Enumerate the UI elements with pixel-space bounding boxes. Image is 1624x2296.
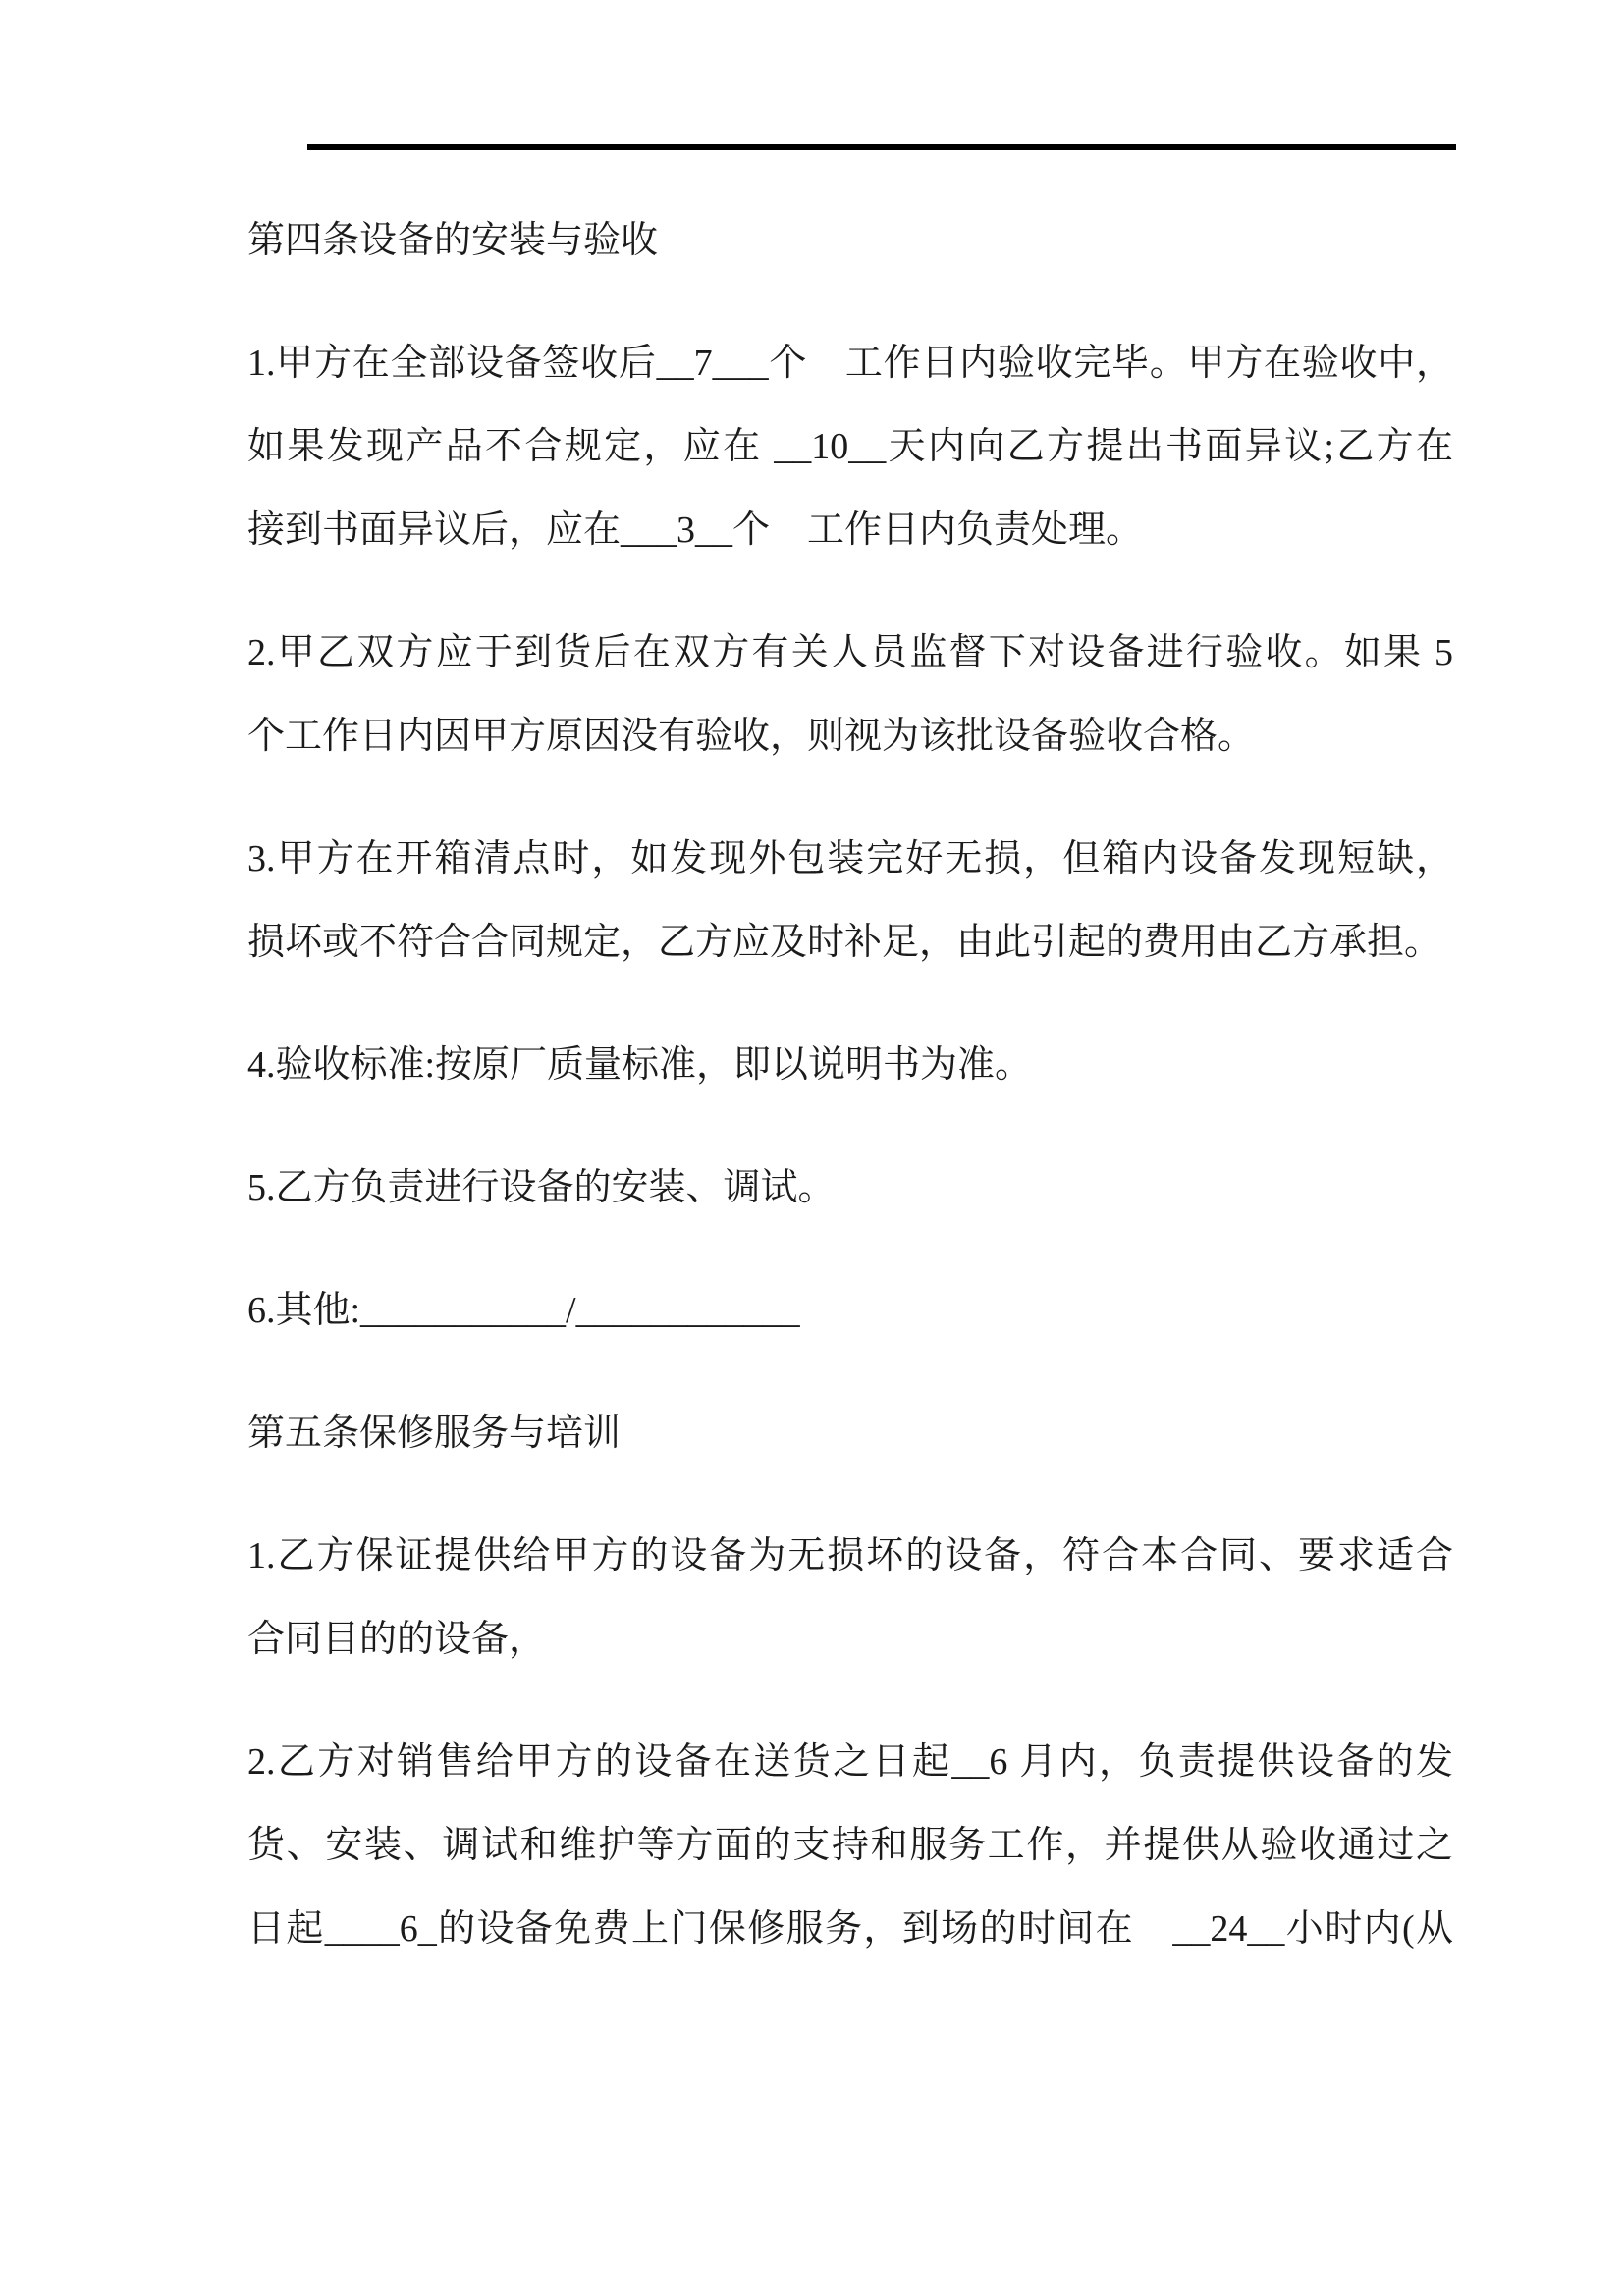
paragraph-line: 个工作日内因甲方原因没有验收，则视为该批设备验收合格。 [247,695,1453,778]
document-content: 第四条设备的安装与验收1.甲方在全部设备签收后__7___个 工作日内验收完毕。… [247,199,1453,2010]
paragraph: 1.乙方保证提供给甲方的设备为无损坏的设备，符合本合同、要求适合合同目的的设备， [247,1515,1453,1682]
paragraph-line: 1.甲方在全部设备签收后__7___个 工作日内验收完毕。甲方在验收中， [247,322,1453,405]
paragraph-line: 1.乙方保证提供给甲方的设备为无损坏的设备，符合本合同、要求适合 [247,1515,1453,1598]
heading-line: 第四条设备的安装与验收 [247,199,1453,283]
paragraph-line: 日起____6_的设备免费上门保修服务，到场的时间在 __24__小时内(从 [247,1888,1453,1971]
paragraph-line: 2.乙方对销售给甲方的设备在送货之日起__6 月内，负责提供设备的发 [247,1721,1453,1804]
paragraph: 2.甲乙双方应于到货后在双方有关人员监督下对设备进行验收。如果 5个工作日内因甲… [247,612,1453,778]
paragraph-line: 接到书面异议后，应在___3__个 工作日内负责处理。 [247,489,1453,572]
paragraph-line: 损坏或不符合合同规定，乙方应及时补足，由此引起的费用由乙方承担。 [247,901,1453,985]
paragraph: 3.甲方在开箱清点时，如发现外包装完好无损，但箱内设备发现短缺，损坏或不符合合同… [247,818,1453,985]
section-heading: 第五条保修服务与培训 [247,1392,1453,1475]
document-page: 第四条设备的安装与验收1.甲方在全部设备签收后__7___个 工作日内验收完毕。… [0,0,1624,2296]
paragraph: 6.其他:___________/____________ [247,1269,1453,1353]
header-rule [307,144,1456,150]
paragraph: 1.甲方在全部设备签收后__7___个 工作日内验收完毕。甲方在验收中，如果发现… [247,322,1453,572]
paragraph-line: 货、安装、调试和维护等方面的支持和服务工作，并提供从验收通过之 [247,1804,1453,1888]
paragraph: 5.乙方负责进行设备的安装、调试。 [247,1147,1453,1230]
paragraph-line: 6.其他:___________/____________ [247,1269,1453,1353]
heading-line: 第五条保修服务与培训 [247,1392,1453,1475]
paragraph-line: 3.甲方在开箱清点时，如发现外包装完好无损，但箱内设备发现短缺， [247,818,1453,901]
section-heading: 第四条设备的安装与验收 [247,199,1453,283]
paragraph-line: 合同目的的设备， [247,1598,1453,1682]
paragraph-line: 如果发现产品不合规定，应在 __10__天内向乙方提出书面异议;乙方在 [247,405,1453,489]
paragraph: 4.验收标准:按原厂质量标准，即以说明书为准。 [247,1024,1453,1107]
paragraph: 2.乙方对销售给甲方的设备在送货之日起__6 月内，负责提供设备的发货、安装、调… [247,1721,1453,1971]
paragraph-line: 4.验收标准:按原厂质量标准，即以说明书为准。 [247,1024,1453,1107]
paragraph-line: 5.乙方负责进行设备的安装、调试。 [247,1147,1453,1230]
paragraph-line: 2.甲乙双方应于到货后在双方有关人员监督下对设备进行验收。如果 5 [247,612,1453,695]
